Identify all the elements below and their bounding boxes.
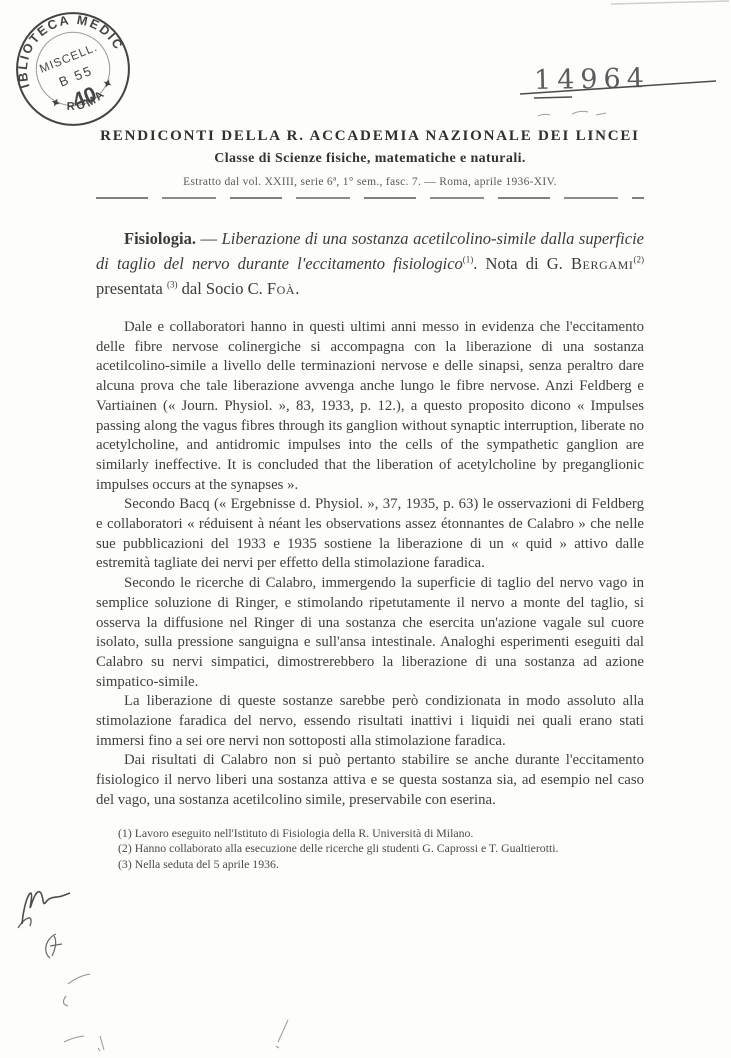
title-presentata: presentata [96, 279, 167, 298]
footnote-1: (1) Lavoro eseguito nell'Istituto di Fis… [96, 826, 644, 842]
title-nota-di: . Nota di G. [473, 254, 571, 273]
footnote-3: (3) Nella seduta del 5 aprile 1936. [96, 857, 644, 873]
paragraph-2: Secondo Bacq (« Ergebnisse d. Physiol. »… [96, 495, 644, 574]
article-title: Fisiologia. — Liberazione di una sostanz… [96, 226, 644, 301]
title-dal-socio: dal Socio C. [178, 279, 267, 298]
handwritten-marks-icon [4, 876, 124, 1056]
footnote-2: (2) Hanno collaborato alla esecuzione de… [96, 841, 644, 857]
scanned-page: BIBLIOTECA MEDICA ✦ ROMA ✦ MISCELL. B 55… [0, 0, 731, 1058]
journal-subtitle: Classe di Scienze fisiche, matematiche e… [96, 151, 644, 167]
footnote-marker-3: (3) [167, 280, 178, 290]
presenter-name: Foà [267, 279, 295, 298]
title-dash: — [196, 229, 222, 248]
library-stamp-icon: BIBLIOTECA MEDICA ✦ ROMA ✦ MISCELL. B 55… [0, 0, 152, 148]
author-name: Bergami [571, 254, 634, 273]
footnote-marker-2: (2) [634, 255, 645, 265]
paragraph-5: Dai risultati di Calabro non si può pert… [96, 751, 644, 810]
title-period: . [295, 279, 299, 298]
journal-title: RENDICONTI DELLA R. ACCADEMIA NAZIONALE … [96, 128, 644, 145]
page-crease-icon [611, 0, 731, 30]
article: Fisiologia. — Liberazione di una sostanz… [96, 226, 644, 872]
footnotes: (1) Lavoro eseguito nell'Istituto di Fis… [96, 826, 644, 873]
body-text: Dale e collaboratori hanno in questi ult… [96, 318, 644, 811]
paragraph-4: La liberazione di queste sostanze sarebb… [96, 692, 644, 751]
pencil-tick-icon [248, 1012, 308, 1052]
header-rule [96, 197, 644, 199]
issue-info: Estratto dal vol. XXIII, serie 6ª, 1° se… [96, 176, 644, 188]
strike-mark-icon [520, 64, 720, 124]
section-label: Fisiologia. [124, 229, 196, 248]
journal-header: RENDICONTI DELLA R. ACCADEMIA NAZIONALE … [96, 128, 644, 199]
paragraph-3: Secondo le ricerche di Calabro, immergen… [96, 574, 644, 692]
footnote-marker-1: (1) [463, 255, 474, 265]
paragraph-1: Dale e collaboratori hanno in questi ult… [96, 318, 644, 495]
accession-number: 14964 [534, 64, 714, 124]
